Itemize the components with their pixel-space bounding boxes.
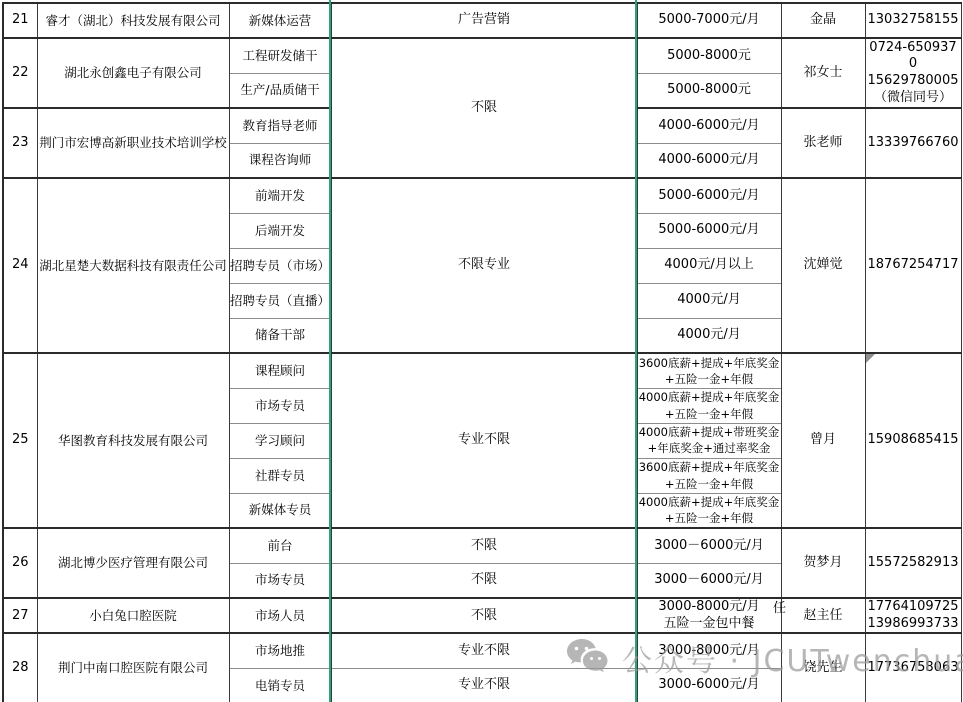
company-cell: 睿才（湖北）科技发展有限公司 xyxy=(37,3,229,38)
salary-cell: 5000-8000元 xyxy=(637,73,781,108)
position-cell: 新媒体运营 xyxy=(229,3,331,38)
major-cell: 广告营销 xyxy=(331,3,637,38)
salary-cell: 4000元/月以上 xyxy=(637,248,781,283)
position-cell: 学习顾问 xyxy=(229,423,331,458)
position-cell: 课程顾问 xyxy=(229,353,331,388)
position-cell: 社群专员 xyxy=(229,458,331,493)
position-cell: 招聘专员（市场） xyxy=(229,248,331,283)
salary-cell: 3600底薪+提成+年底奖金+五险一金+年假 xyxy=(637,353,781,388)
row-number-cell: 24 xyxy=(3,178,37,353)
contact-overflow-text: 任 xyxy=(773,597,786,616)
row-number-cell: 25 xyxy=(3,353,37,528)
table-row: 28 荆门中南口腔医院有限公司 市场地推 专业不限 3000-8000元/月 饶… xyxy=(3,633,961,668)
table-row: 24 湖北星楚大数据科技有限责任公司 前端开发 不限专业 5000-6000元/… xyxy=(3,178,961,213)
salary-cell: 4000元/月 xyxy=(637,283,781,318)
contact-cell: 贺梦月 xyxy=(781,528,865,598)
major-cell: 不限 xyxy=(331,563,637,598)
position-cell: 前端开发 xyxy=(229,178,331,213)
table-row: 26 湖北博少医疗管理有限公司 前台 不限 3000－6000元/月 贺梦月 1… xyxy=(3,528,961,563)
phone-line: 13986993733 xyxy=(866,616,961,633)
salary-cell: 3600底薪+提成+年底奖金+五险一金+年假 xyxy=(637,458,781,493)
salary-cell: 4000底薪+提成+年底奖金+五险一金+年假 xyxy=(637,388,781,423)
table-row: 22 湖北永创鑫电子有限公司 工程研发储干 不限 5000-8000元 祁女士 … xyxy=(3,38,961,73)
salary-cell: 3000-8000元/月 五险一金包中餐 xyxy=(637,598,781,633)
green-gridline-left xyxy=(329,0,331,702)
position-cell: 市场专员 xyxy=(229,388,331,423)
position-cell: 后端开发 xyxy=(229,213,331,248)
major-cell: 不限 xyxy=(331,38,637,178)
table-row: 25 华图教育科技发展有限公司 课程顾问 专业不限 3600底薪+提成+年底奖金… xyxy=(3,353,961,388)
salary-cell: 5000-6000元/月 xyxy=(637,213,781,248)
phone-line: 15629780005 xyxy=(866,73,961,90)
salary-cell: 3000－6000元/月 xyxy=(637,528,781,563)
row-number-cell: 23 xyxy=(3,108,37,178)
major-cell: 专业不限 xyxy=(331,633,637,668)
row-number-cell: 21 xyxy=(3,3,37,38)
company-cell: 湖北博少医疗管理有限公司 xyxy=(37,528,229,598)
position-cell: 工程研发储干 xyxy=(229,38,331,73)
major-cell: 不限 xyxy=(331,528,637,563)
row-number-cell: 28 xyxy=(3,633,37,702)
company-cell: 湖北星楚大数据科技有限责任公司 xyxy=(37,178,229,353)
phone-line: 15908685415 xyxy=(868,432,959,447)
contact-cell: 沈婵觉 xyxy=(781,178,865,353)
position-cell: 课程咨询师 xyxy=(229,143,331,178)
position-cell: 市场地推 xyxy=(229,633,331,668)
phone-cell: 18767254717 xyxy=(865,178,961,353)
phone-line: 0724-6509370 xyxy=(866,40,961,73)
position-cell: 储备干部 xyxy=(229,318,331,353)
contact-cell: 张老师 xyxy=(781,108,865,178)
major-cell: 专业不限 xyxy=(331,668,637,702)
salary-cell: 5000-8000元 xyxy=(637,38,781,73)
contact-cell: 曾月 xyxy=(781,353,865,528)
salary-cell: 5000-7000元/月 xyxy=(637,3,781,38)
salary-cell: 3000－6000元/月 xyxy=(637,563,781,598)
position-cell: 前台 xyxy=(229,528,331,563)
phone-cell: 13032758155 xyxy=(865,3,961,38)
table-row: 21 睿才（湖北）科技发展有限公司 新媒体运营 广告营销 5000-7000元/… xyxy=(3,3,961,38)
green-gridline-right xyxy=(635,0,637,702)
contact-cell: 赵主任 xyxy=(781,598,865,633)
salary-cell: 4000底薪+提成+带班奖金+年底奖金+通过率奖金+五险一金+年假 xyxy=(637,423,781,458)
position-cell: 教育指导老师 xyxy=(229,108,331,143)
position-cell: 市场人员 xyxy=(229,598,331,633)
major-cell: 不限 xyxy=(331,598,637,633)
row-number-cell: 26 xyxy=(3,528,37,598)
salary-cell: 5000-6000元/月 xyxy=(637,178,781,213)
salary-cell: 4000-6000元/月 xyxy=(637,143,781,178)
salary-cell: 4000-6000元/月 xyxy=(637,108,781,143)
row-number-cell: 27 xyxy=(3,598,37,633)
comment-corner-marker xyxy=(866,354,875,363)
position-cell: 电销专员 xyxy=(229,668,331,702)
position-cell: 招聘专员（直播） xyxy=(229,283,331,318)
salary-line: 五险一金包中餐 xyxy=(638,616,781,633)
contact-cell: 金晶 xyxy=(781,3,865,38)
phone-line: （微信同号） xyxy=(866,90,961,107)
salary-line: 3000-8000元/月 xyxy=(638,599,781,616)
phone-cell: 15572582913 xyxy=(865,528,961,598)
position-cell: 新媒体专员 xyxy=(229,493,331,528)
salary-cell: 4000底薪+提成+年底奖金+五险一金+年假 xyxy=(637,493,781,528)
contact-cell: 祁女士 xyxy=(781,38,865,108)
phone-cell: 0724-6509370 15629780005 （微信同号） xyxy=(865,38,961,108)
phone-cell: 13339766760 xyxy=(865,108,961,178)
salary-cell: 3000-6000元/月 xyxy=(637,668,781,702)
phone-line: 17764109725 xyxy=(866,599,961,616)
position-cell: 生产/品质储干 xyxy=(229,73,331,108)
phone-cell: 15908685415 xyxy=(865,353,961,528)
company-cell: 荆门中南口腔医院有限公司 xyxy=(37,633,229,702)
phone-cell: 17736758063 xyxy=(865,633,961,702)
phone-cell: 17764109725 13986993733 xyxy=(865,598,961,633)
company-cell: 荆门市宏博高新职业技术培训学校 xyxy=(37,108,229,178)
major-cell: 不限专业 xyxy=(331,178,637,353)
company-cell: 湖北永创鑫电子有限公司 xyxy=(37,38,229,108)
company-cell: 小白兔口腔医院 xyxy=(37,598,229,633)
salary-cell: 3000-8000元/月 xyxy=(637,633,781,668)
major-cell: 专业不限 xyxy=(331,353,637,528)
company-cell: 华图教育科技发展有限公司 xyxy=(37,353,229,528)
row-number-cell: 22 xyxy=(3,38,37,108)
salary-cell: 4000元/月 xyxy=(637,318,781,353)
contact-cell: 饶先生 xyxy=(781,633,865,702)
position-cell: 市场专员 xyxy=(229,563,331,598)
job-listing-table: 21 睿才（湖北）科技发展有限公司 新媒体运营 广告营销 5000-7000元/… xyxy=(2,2,962,702)
table-row: 27 小白兔口腔医院 市场人员 不限 3000-8000元/月 五险一金包中餐 … xyxy=(3,598,961,633)
